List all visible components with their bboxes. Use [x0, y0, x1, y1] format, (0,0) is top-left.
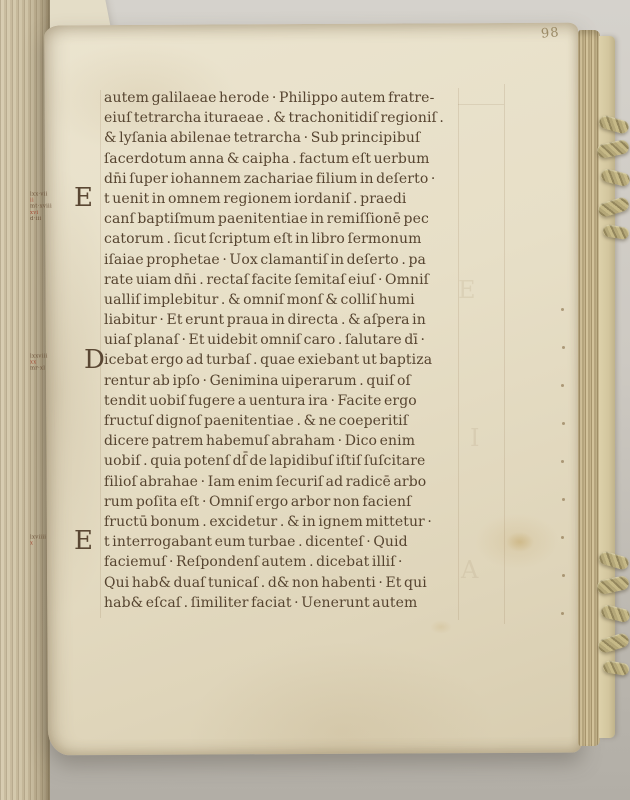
manuscript-line: hab& eſcaſ . ſimiliter faciat · Uenerunt… [104, 593, 484, 613]
section-initial: E [74, 528, 93, 554]
manuscript-line: catorum . ſicut ſcriptum eſt in libro ſe… [104, 229, 484, 249]
margin-canon-note: lxx·viiiimt·xviiixvid·iii [30, 191, 70, 222]
wormhole [562, 574, 565, 577]
manuscript-line: ſacerdotum anna & caipha . factum eſt ue… [104, 149, 484, 169]
manuscript-line: uiaſ planaſ · Et uidebit omniſ caro . ſa… [104, 330, 484, 350]
manuscript-line: faciemuſ · Reſpondenſ autem . dicebat il… [104, 552, 484, 572]
tie-strand [598, 550, 630, 571]
manuscript-line: t interrogabant eum turbae . dicenteſ · … [104, 532, 484, 552]
manuscript-line: fructuſ dignoſ paenitentiae . & ne coepe… [104, 411, 484, 431]
wormhole [562, 346, 565, 349]
wormhole [561, 384, 564, 387]
manuscript-line: t uenit in omnem regionem iordaniſ . pra… [104, 189, 484, 209]
tie-strand [596, 139, 630, 159]
manuscript-line: eiuſ tetrarcha ituraeae . & trachonitidi… [104, 108, 484, 128]
text-block: autem galilaeae herode · Philippo autem … [104, 88, 484, 613]
tie-strand [596, 575, 630, 595]
show-through-letter: A [461, 556, 478, 584]
manuscript-line: & lyſania abilenae tetrarcha · Sub princ… [104, 128, 484, 148]
margin-canon-note: lxviiiix [30, 534, 70, 546]
tie-strand [602, 660, 630, 676]
folio-number: 98 [540, 25, 560, 42]
manuscript-line: Qui hab& duaſ tunicaſ . d& non habenti ·… [104, 573, 484, 593]
manuscript-line: dicere patrem habemuſ abraham · Dico eni… [104, 431, 484, 451]
section-initial: E [74, 185, 93, 211]
manuscript-line: tendit uobiſ fugere a uentura ira · Faci… [104, 391, 484, 411]
gutter-page-stack [0, 0, 50, 800]
wormhole [562, 422, 565, 425]
binding-tie-bottom [597, 552, 630, 684]
manuscript-line: uobiſ . quia potenſ dſ̄ de lapidibuſ iſt… [104, 451, 484, 471]
manuscript-line: dn̄i ſuper iohannem zachariae filium in … [104, 169, 484, 189]
manuscript-line: ualliſ implebitur . & omniſ monſ & colli… [104, 290, 484, 310]
manuscript-line: iſaiae prophetae · Uox clamantiſ in deſe… [104, 250, 484, 270]
parchment-stain [506, 532, 534, 552]
ruling-line-right-outer [504, 84, 505, 624]
manuscript-line: icebat ergo ad turbaſ . quae exiebant ut… [104, 350, 484, 370]
manuscript-line: canſ baptiſmum paenitentiae in remiſſion… [104, 209, 484, 229]
manuscript-line: rate uiam dn̄i . rectaſ facite ſemitaſ e… [104, 270, 484, 290]
wormhole [561, 308, 564, 311]
tie-strand [597, 196, 630, 218]
margin-canon-note: lxxviiixxmr·xl [30, 353, 70, 371]
show-through-letter: E [458, 276, 476, 304]
manuscript-line: filioſ abrahae · Iam enim ſecuriſ ad rad… [104, 472, 484, 492]
section-initial: D [84, 347, 105, 373]
tie-strand [600, 168, 630, 188]
binding-tie-top [597, 116, 630, 248]
tie-strand [600, 604, 630, 624]
tie-strand [598, 114, 630, 135]
parchment-stain [430, 620, 452, 634]
wormhole [562, 498, 565, 501]
manuscript-line: fructū bonum . excidetur . & in ignem mi… [104, 512, 484, 532]
wormhole [561, 460, 564, 463]
tie-strand [602, 224, 630, 240]
wormhole [561, 536, 564, 539]
manuscript-line: rentur ab ipſo · Genimina uiperarum . qu… [104, 371, 484, 391]
wormhole [561, 612, 564, 615]
manuscript-line: autem galilaeae herode · Philippo autem … [104, 88, 484, 108]
show-through-letter: I [470, 424, 479, 452]
manuscript-photo: autem galilaeae herode · Philippo autem … [0, 0, 630, 800]
tie-strand [597, 632, 630, 654]
manuscript-line: liabitur · Et erunt praua in directa . &… [104, 310, 484, 330]
manuscript-line: rum poſita eſt · Omniſ ergo arbor non fa… [104, 492, 484, 512]
